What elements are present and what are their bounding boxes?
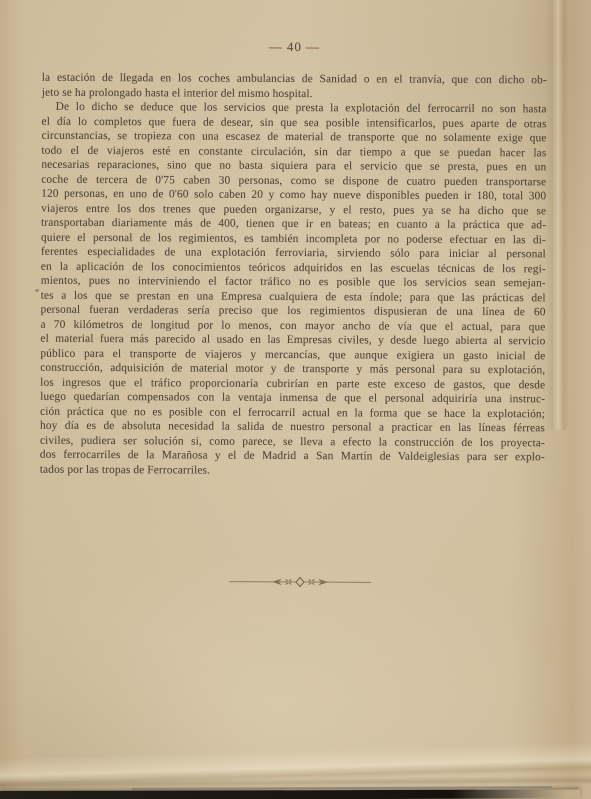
ink-speck [35, 289, 39, 292]
scanned-book-page: —40— la estación de llegada en los coche… [0, 0, 591, 799]
header-right-dash: — [306, 39, 320, 54]
divider-flourish-icon [228, 575, 372, 590]
paragraph-1: la estación de llegada en los coches amb… [42, 71, 547, 103]
scan-edge-shadow [0, 789, 580, 799]
text-line: tados por las tropas de Ferrocarriles. [40, 462, 545, 479]
page-number-header: —40— [42, 37, 547, 58]
page-content: —40— la estación de llegada en los coche… [40, 37, 547, 480]
paragraph-2: De lo dicho se deduce que los servicios … [40, 100, 547, 480]
header-left-dash: — [269, 39, 283, 54]
paper-crease-right [545, 0, 569, 430]
page-number: 40 [283, 39, 306, 54]
